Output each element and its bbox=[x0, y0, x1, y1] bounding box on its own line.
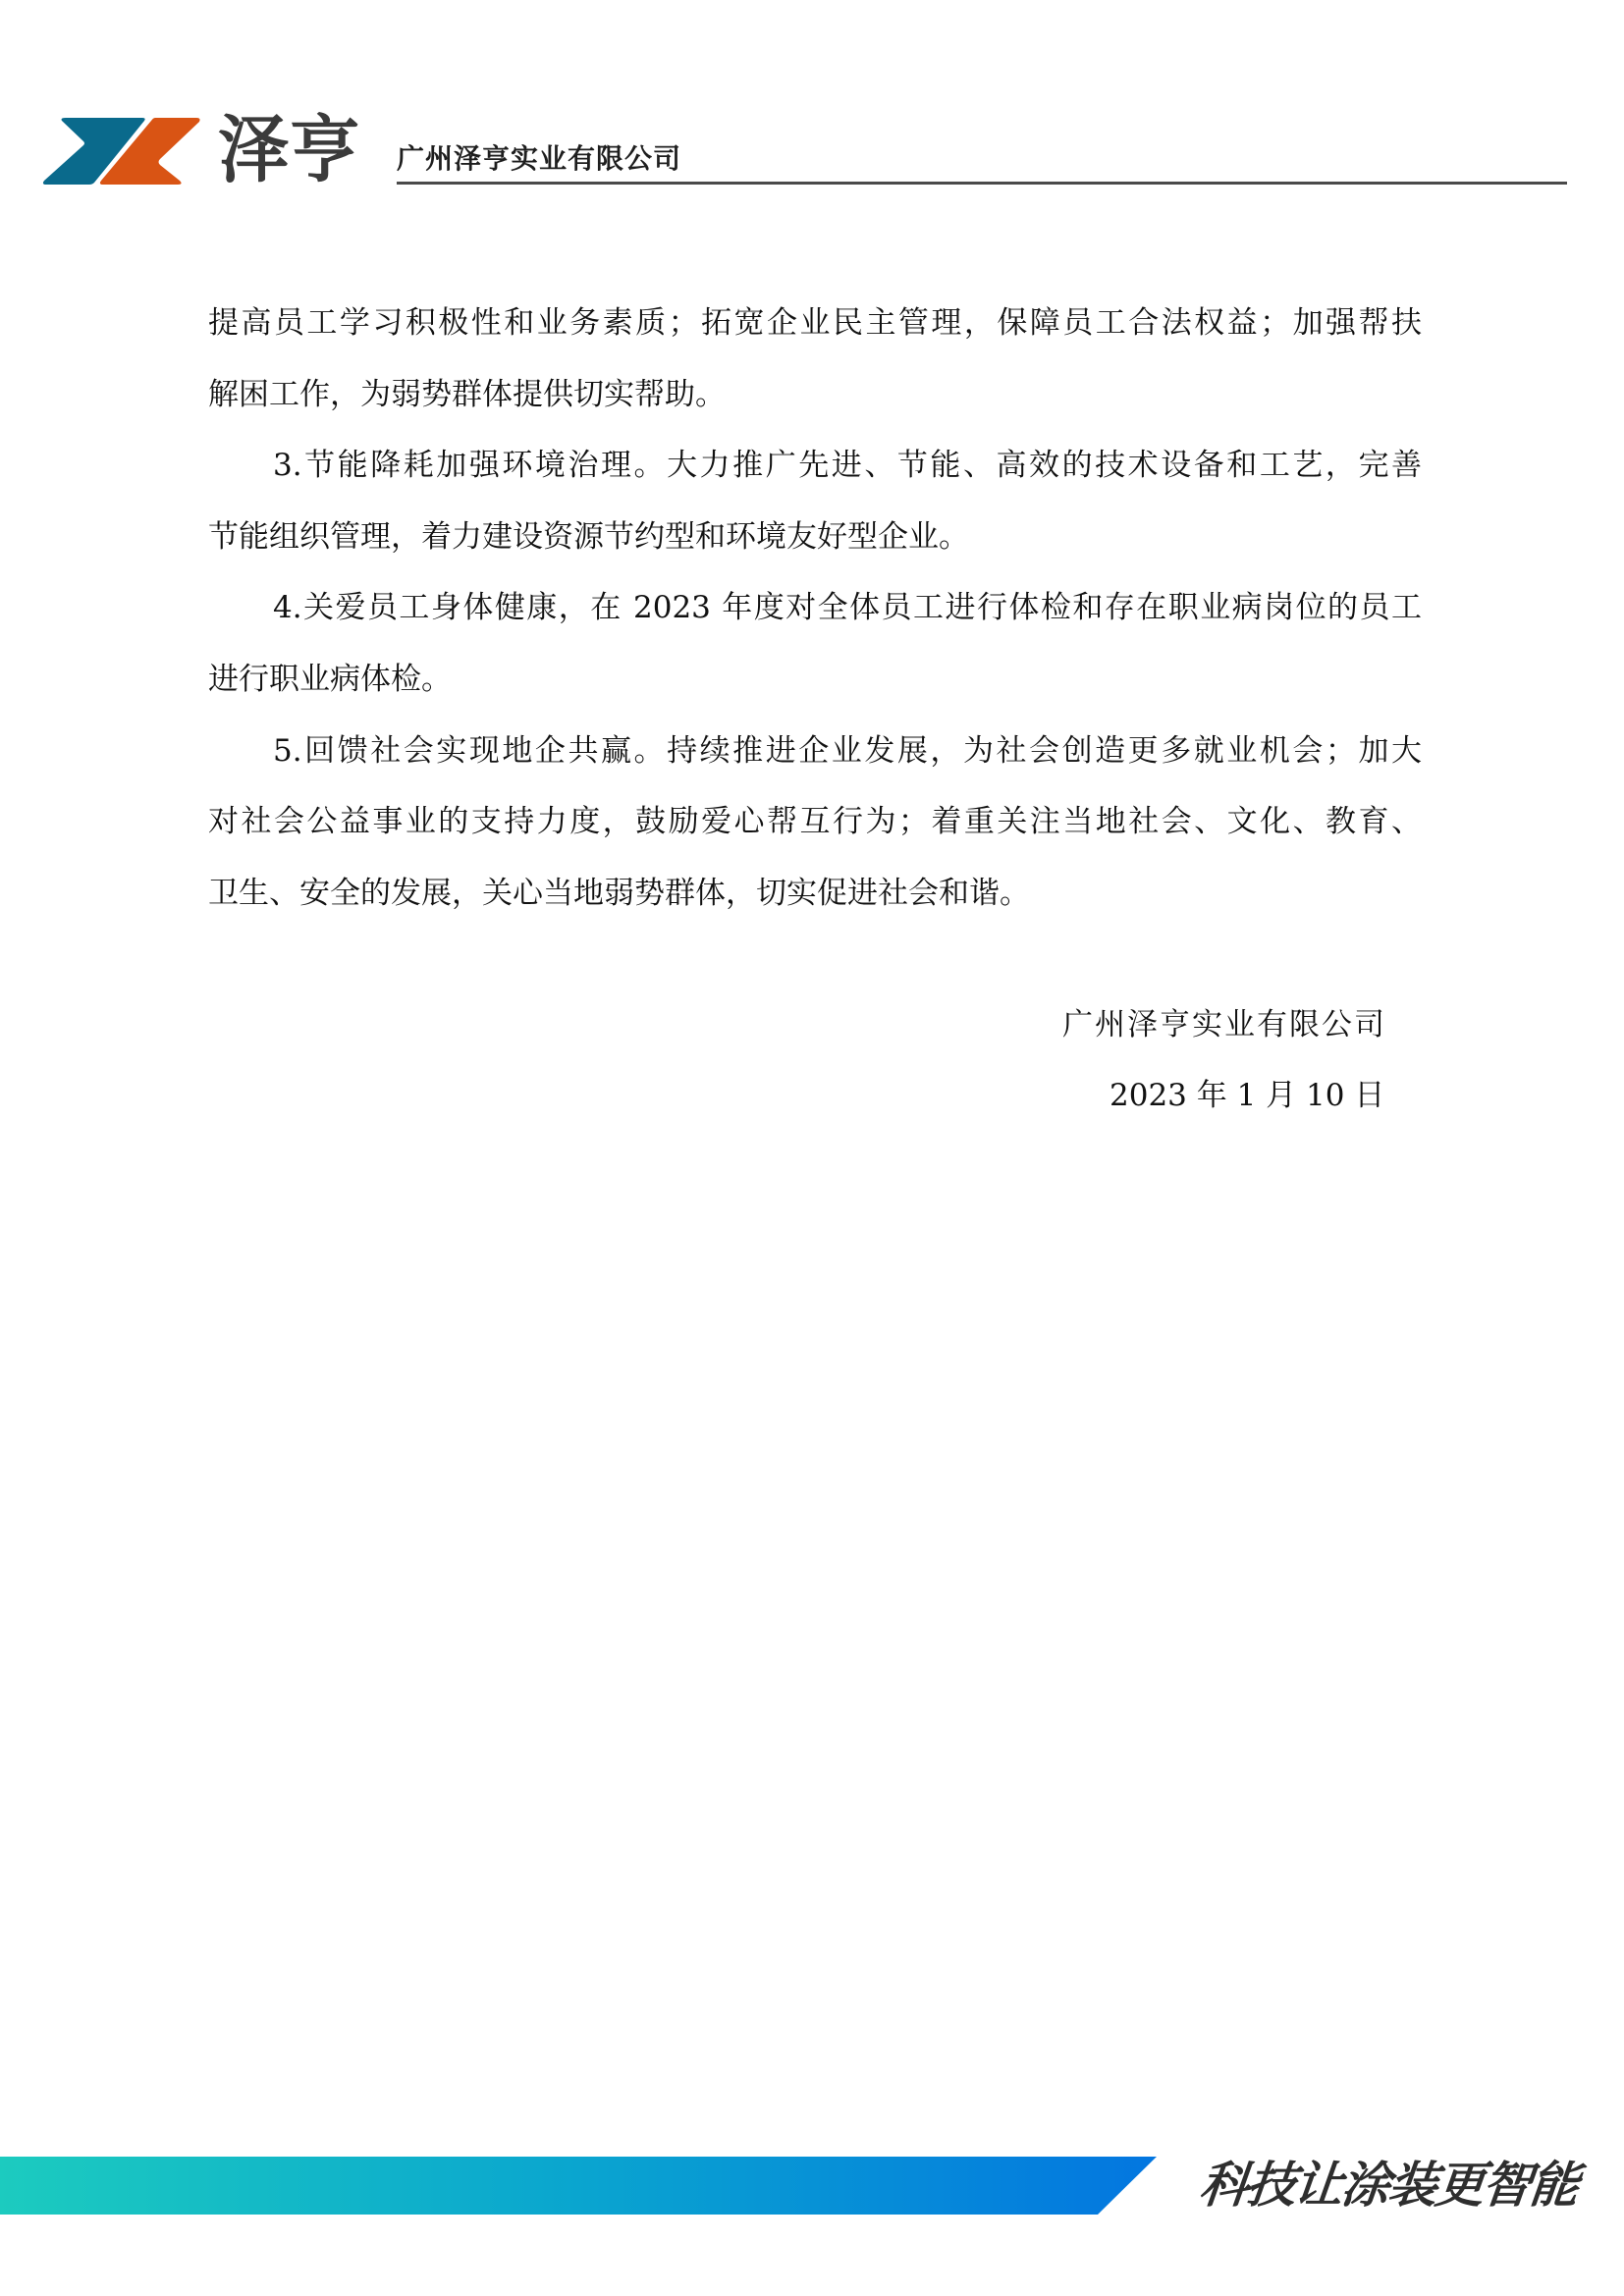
document-page: 泽亨 广州泽亨实业有限公司 提高员工学习积极性和业务素质；拓宽企业民主管理，保障… bbox=[0, 0, 1624, 2296]
body-line: 4.关爱员工身体健康，在 2023 年度对全体员工进行体检和存在职业病岗位的员工 bbox=[273, 588, 1422, 627]
signature-date: 2023 年 1 月 10 日 bbox=[1110, 1076, 1384, 1115]
footer-slogan: 科技让涂装更智能 bbox=[1197, 2156, 1580, 2215]
body-line: 解困工作，为弱势群体提供切实帮助。 bbox=[208, 375, 1422, 414]
header-divider bbox=[397, 182, 1567, 185]
footer-gradient-band bbox=[0, 2157, 1159, 2215]
body-line: 3.节能降耗加强环境治理。大力推广先进、节能、高效的技术设备和工艺，完善 bbox=[273, 446, 1422, 485]
body-line: 进行职业病体检。 bbox=[208, 660, 1422, 699]
body-line: 卫生、安全的发展，关心当地弱势群体，切实促进社会和谐。 bbox=[208, 874, 1422, 913]
header-company-name: 广州泽亨实业有限公司 bbox=[397, 142, 681, 176]
logo-icon bbox=[39, 112, 206, 190]
brand-name: 泽亨 bbox=[218, 106, 360, 194]
body-line: 提高员工学习积极性和业务素质；拓宽企业民主管理，保障员工合法权益；加强帮扶 bbox=[208, 303, 1422, 343]
signature-company: 广州泽亨实业有限公司 bbox=[1062, 1005, 1386, 1044]
body-line: 对社会公益事业的支持力度，鼓励爱心帮互行为；着重关注当地社会、文化、教育、 bbox=[208, 802, 1422, 841]
body-line: 节能组织管理，着力建设资源节约型和环境友好型企业。 bbox=[208, 517, 1422, 557]
body-line: 5.回馈社会实现地企共赢。持续推进企业发展，为社会创造更多就业机会；加大 bbox=[273, 731, 1422, 771]
